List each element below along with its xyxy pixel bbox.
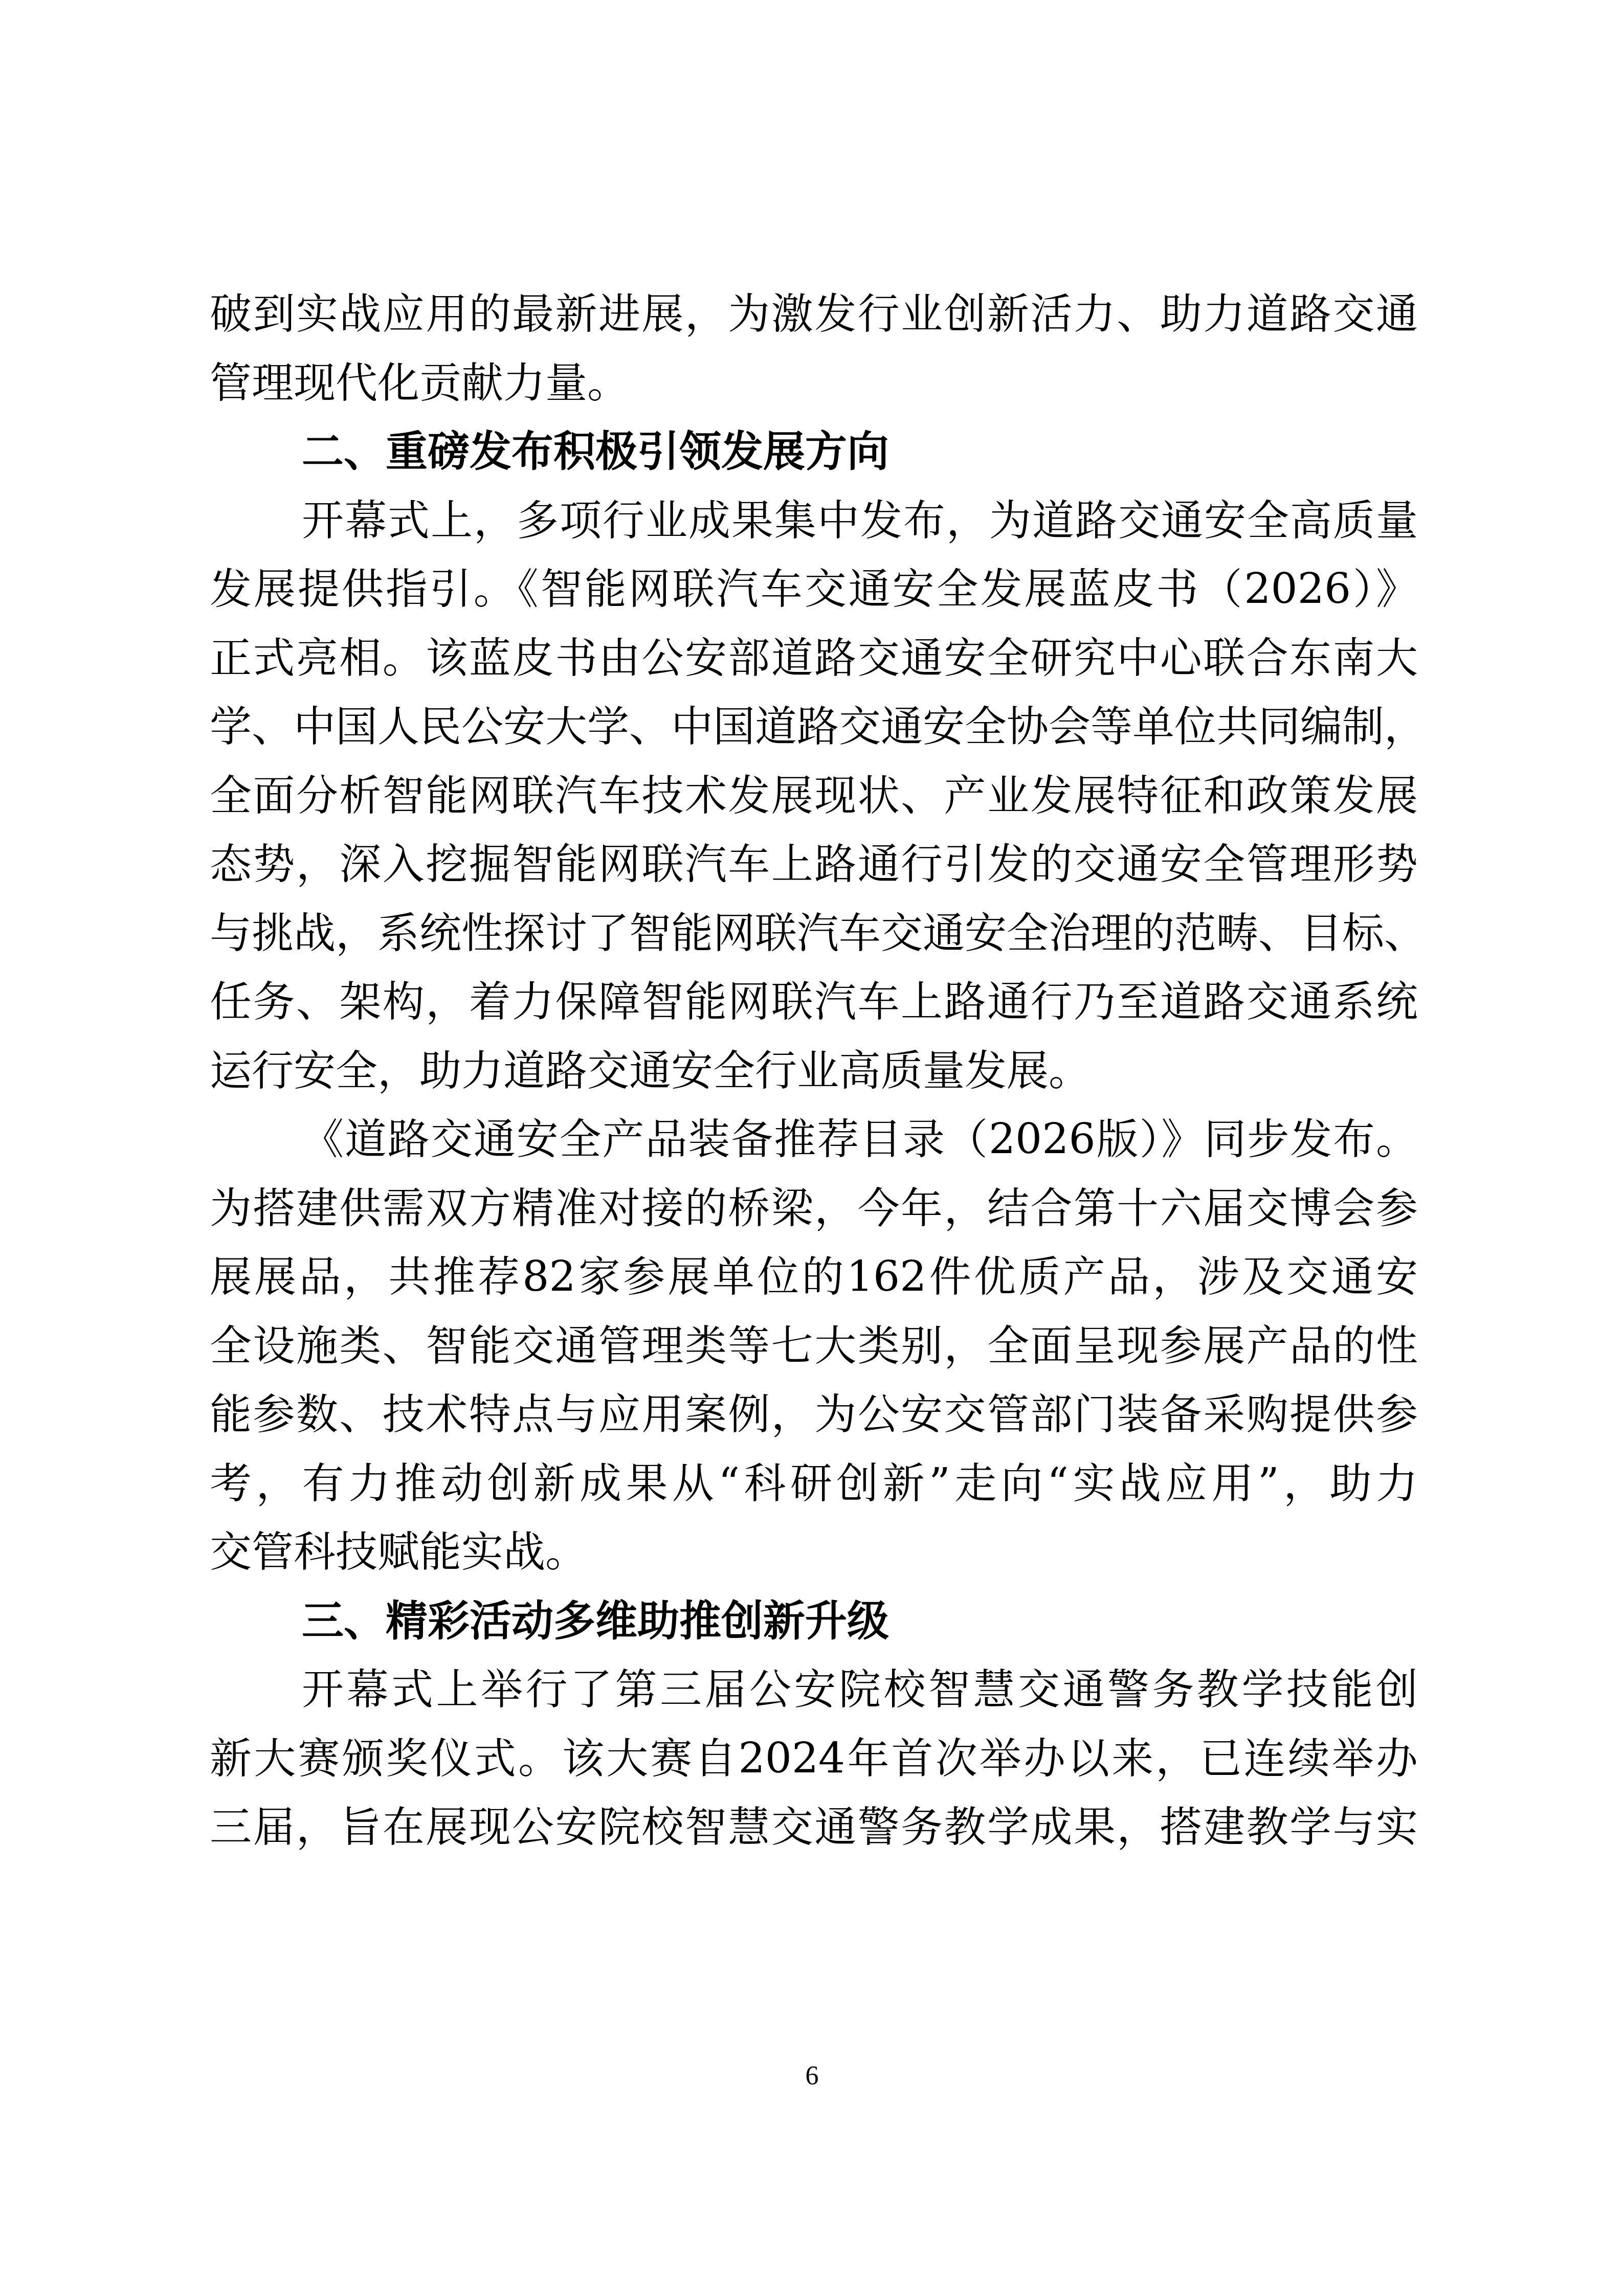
text-line: 考，有力推动创新成果从“科研创新”走向“实战应用”，助力: [210, 1450, 1418, 1519]
text-line: 态势，深入挖掘智能网联汽车上路通行引发的交通安全管理形势: [210, 830, 1418, 899]
section-2-paragraph-2: 《道路交通安全产品装备推荐目录（2026版）》同步发布。 为搭建供需双方精准对接…: [210, 1106, 1418, 1587]
text-line: 展展品，共推荐82家参展单位的162件优质产品，涉及交通安: [210, 1243, 1418, 1312]
page-number: 6: [0, 2061, 1624, 2091]
text-line: 全设施类、智能交通管理类等七大类别，全面呈现参展产品的性: [210, 1312, 1418, 1381]
text-line: 三届，旨在展现公安院校智慧交通警务教学成果，搭建教学与实: [210, 1793, 1418, 1862]
text-line: 开幕式上，多项行业成果集中发布，为道路交通安全高质量: [210, 487, 1418, 556]
text-line: 《道路交通安全产品装备推荐目录（2026版）》同步发布。: [210, 1106, 1418, 1175]
text-line: 与挑战，系统性探讨了智能网联汽车交通安全治理的范畴、目标、: [210, 899, 1418, 969]
section-3-heading: 三、精彩活动多维助推创新升级: [210, 1587, 1418, 1656]
text-line: 破到实战应用的最新进展，为激发行业创新活力、助力道路交通: [210, 280, 1418, 349]
text-line: 开幕式上举行了第三届公安院校智慧交通警务教学技能创: [210, 1656, 1418, 1725]
text-line: 全面分析智能网联汽车技术发展现状、产业发展特征和政策发展: [210, 762, 1418, 831]
section-2-paragraph-1: 开幕式上，多项行业成果集中发布，为道路交通安全高质量 发展提供指引。《智能网联汽…: [210, 487, 1418, 1106]
text-line: 交管科技赋能实战。: [210, 1518, 1418, 1587]
text-line: 新大赛颁奖仪式。该大赛自2024年首次举办以来，已连续举办: [210, 1725, 1418, 1794]
text-line: 学、中国人民公安大学、中国道路交通安全协会等单位共同编制，: [210, 693, 1418, 762]
text-line: 能参数、技术特点与应用案例，为公安交管部门装备采购提供参: [210, 1381, 1418, 1450]
text-line: 发展提供指引。《智能网联汽车交通安全发展蓝皮书（2026）》: [210, 555, 1418, 624]
document-page: 破到实战应用的最新进展，为激发行业创新活力、助力道路交通 管理现代化贡献力量。 …: [210, 280, 1418, 1862]
intro-paragraph: 破到实战应用的最新进展，为激发行业创新活力、助力道路交通 管理现代化贡献力量。: [210, 280, 1418, 418]
text-line: 任务、架构，着力保障智能网联汽车上路通行乃至道路交通系统: [210, 968, 1418, 1037]
text-line: 管理现代化贡献力量。: [210, 349, 1418, 418]
section-3-paragraph-1: 开幕式上举行了第三届公安院校智慧交通警务教学技能创 新大赛颁奖仪式。该大赛自20…: [210, 1656, 1418, 1862]
text-line: 运行安全，助力道路交通安全行业高质量发展。: [210, 1037, 1418, 1106]
text-line: 正式亮相。该蓝皮书由公安部道路交通安全研究中心联合东南大: [210, 624, 1418, 693]
section-2-heading: 二、重磅发布积极引领发展方向: [210, 418, 1418, 487]
text-line: 为搭建供需双方精准对接的桥梁，今年，结合第十六届交博会参: [210, 1175, 1418, 1244]
